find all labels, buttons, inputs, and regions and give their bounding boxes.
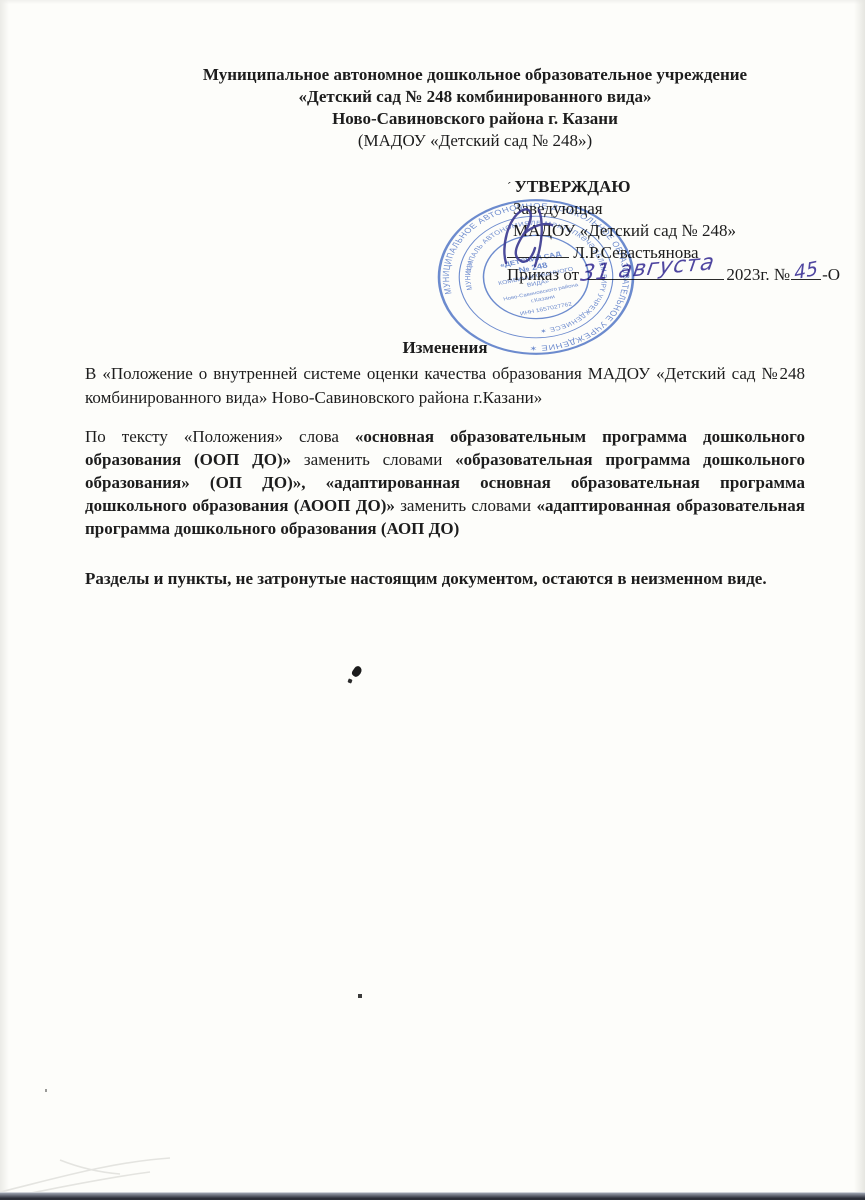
scan-edge-left bbox=[0, 0, 9, 1200]
order-number-blank-line: 45 bbox=[791, 279, 821, 280]
approver-role: Заведующая bbox=[507, 198, 865, 220]
paper-crease-lines bbox=[0, 1100, 300, 1200]
order-prefix: Приказ от bbox=[507, 265, 579, 284]
org-name-line3: Ново-Савиновского района г. Казани bbox=[100, 108, 850, 130]
stamp-center-line7: ИНН 1657027762 bbox=[520, 302, 574, 317]
approver-org: МАДОУ «Детский сад № 248» bbox=[507, 220, 865, 242]
document-title: Изменения bbox=[85, 336, 805, 360]
scanned-document-page: Муниципальное автономное дошкольное обра… bbox=[0, 0, 865, 1200]
org-name-line2: «Детский сад № 248 комбинированного вида… bbox=[100, 86, 850, 108]
handwritten-order-number: 45 bbox=[794, 257, 819, 284]
ink-dot bbox=[358, 994, 362, 998]
scan-edge-top bbox=[0, 0, 865, 4]
order-tail: -О bbox=[822, 265, 840, 284]
order-date-blank-line: 31 августа bbox=[583, 279, 724, 280]
org-name-short: (МАДОУ «Детский сад № 248») bbox=[100, 130, 850, 152]
document-header: Муниципальное автономное дошкольное обра… bbox=[100, 64, 850, 152]
order-year: 2023г. № bbox=[726, 265, 790, 284]
paragraph-amendments: По тексту «Положения» слова «основная об… bbox=[85, 425, 805, 540]
ink-blot bbox=[351, 665, 364, 679]
document-body: Изменения В «Положение о внутренней сист… bbox=[85, 336, 805, 591]
order-line: Приказ от 31 августа2023г. №45-О bbox=[507, 264, 865, 286]
paragraph-closing: Разделы и пункты, не затронутые настоящи… bbox=[85, 567, 805, 591]
scan-edge-bottom bbox=[0, 1192, 865, 1200]
pen-tick-mark: ´ bbox=[507, 179, 511, 194]
stamp-center-line6: г.Казани bbox=[530, 295, 555, 305]
stamp-ogrn-text: ОГРН bbox=[466, 260, 475, 273]
signature-blank-line bbox=[507, 257, 569, 258]
approve-line: ´УТВЕРЖДАЮ bbox=[507, 176, 865, 198]
scan-edge-right bbox=[854, 0, 865, 1200]
approval-block: ´УТВЕРЖДАЮ Заведующая МАДОУ «Детский сад… bbox=[507, 176, 865, 286]
scan-speck bbox=[45, 1089, 47, 1092]
paragraph-preamble: В «Положение о внутренней системе оценки… bbox=[85, 362, 805, 410]
approve-word: УТВЕРЖДАЮ bbox=[514, 177, 630, 196]
org-name-line1: Муниципальное автономное дошкольное обра… bbox=[100, 64, 850, 86]
ink-speck bbox=[347, 678, 352, 683]
